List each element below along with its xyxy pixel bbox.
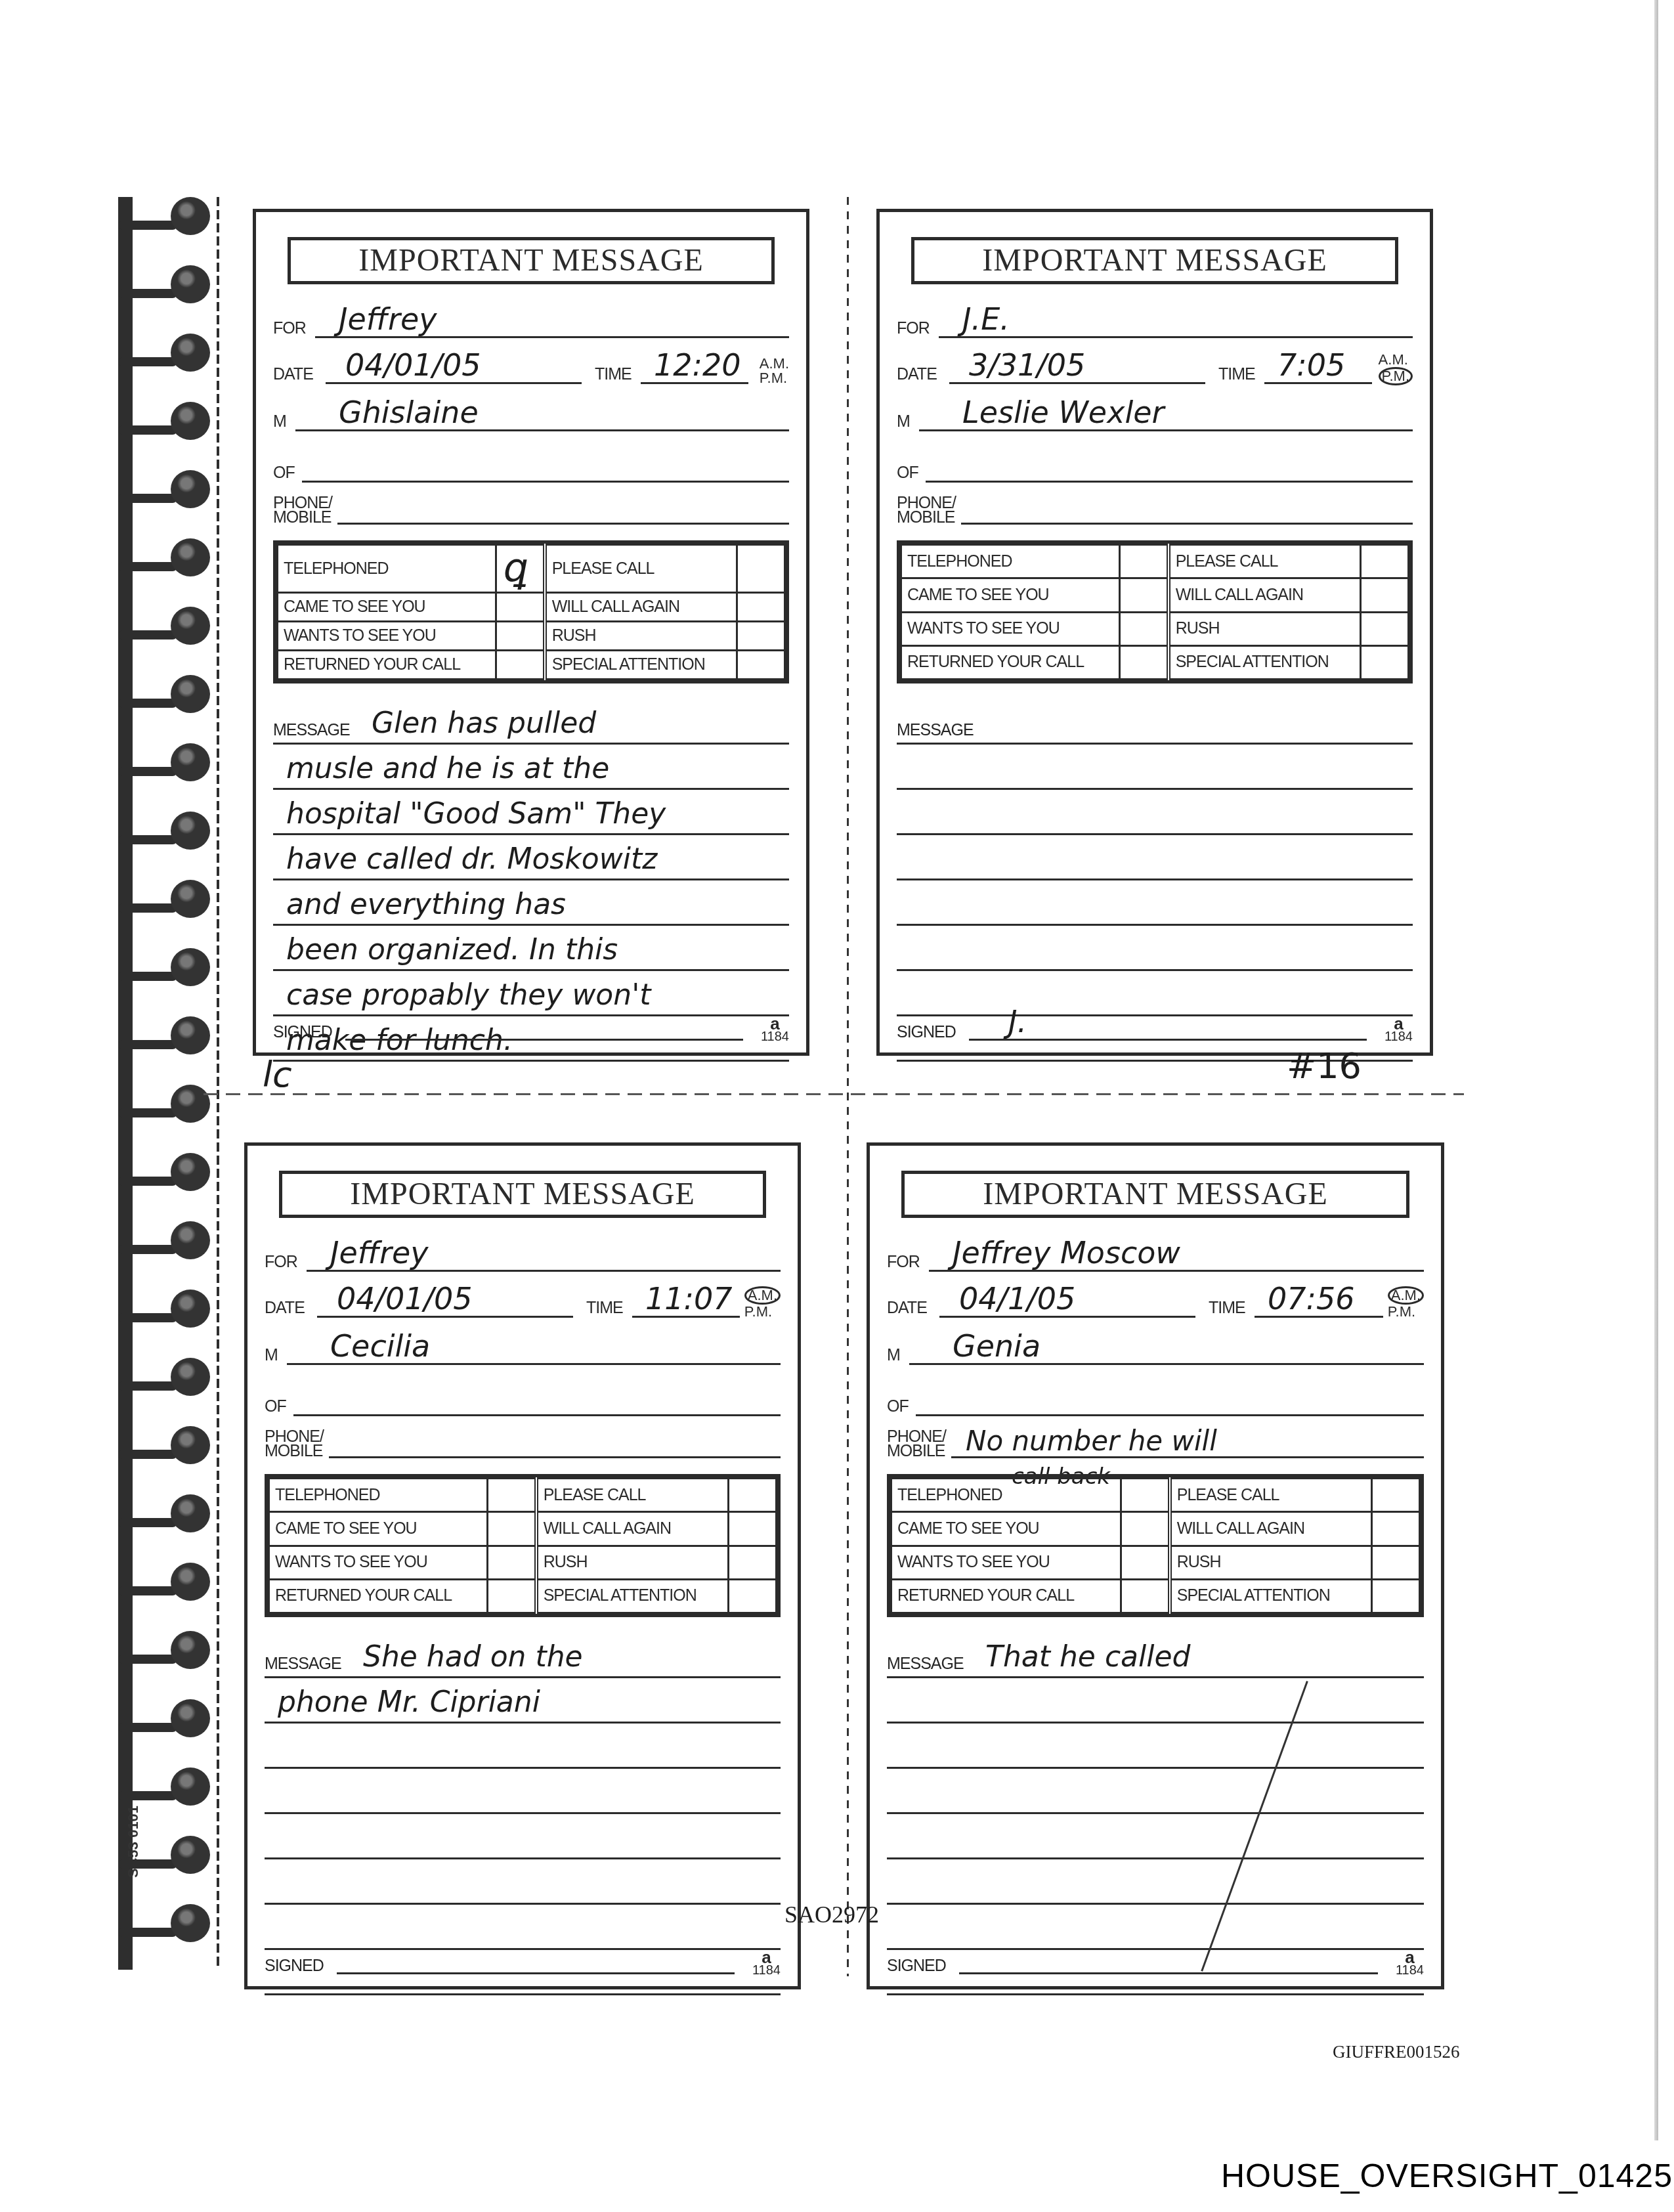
- message-line: [897, 745, 1413, 790]
- form-number: 1184: [1396, 1963, 1424, 1978]
- message-line: [887, 1769, 1424, 1814]
- spiral-coil: [118, 812, 210, 851]
- phone-field: PHONE/MOBILENo number he willcall back: [887, 1415, 1424, 1461]
- message-line: MESSAGE: [897, 699, 1413, 745]
- date-value[interactable]: 04/01/05: [337, 1281, 473, 1316]
- spiral-coil: [118, 880, 210, 919]
- spiral-binding: SC53 0101: [105, 197, 230, 1970]
- checklist-label: WANTS TO SEE YOU: [891, 1546, 1121, 1579]
- checklist-box[interactable]: [496, 593, 545, 622]
- message-line: musle and he is at the: [273, 745, 789, 790]
- form-title: IMPORTANT MESSAGE: [288, 237, 775, 284]
- from-label: M: [265, 1346, 278, 1365]
- spiral-coil: [118, 1836, 210, 1875]
- message-line: and everything has: [273, 880, 789, 926]
- time-value[interactable]: 11:07: [645, 1281, 733, 1316]
- of-field: OF: [273, 448, 789, 485]
- spiral-coil: [118, 1016, 210, 1056]
- for-label: FOR: [265, 1253, 297, 1272]
- checklist-label: WANTS TO SEE YOU: [901, 612, 1120, 645]
- phone-label-line2: MOBILE: [273, 510, 332, 525]
- checklist-label: WILL CALL AGAIN: [1169, 578, 1361, 612]
- of-field: OF: [887, 1382, 1424, 1419]
- phone-field: PHONE/MOBILE: [265, 1415, 781, 1461]
- publisher-logo-icon: a: [1396, 1951, 1424, 1964]
- signed-line: [345, 1039, 743, 1041]
- checklist-label: RETURNED YOUR CALL: [891, 1579, 1121, 1613]
- spiral-coil: [118, 1494, 210, 1534]
- message-line: MESSAGEShe had on the: [265, 1633, 781, 1678]
- checkmark-icon: ꝗ: [504, 546, 528, 592]
- for-label: FOR: [887, 1253, 920, 1272]
- date-label: DATE: [265, 1299, 305, 1318]
- message-line: [887, 1724, 1424, 1769]
- time-label: TIME: [1209, 1299, 1245, 1318]
- spiral-coil: [118, 334, 210, 373]
- checklist-label: SPECIAL ATTENTION: [536, 1579, 729, 1613]
- checklist-label: RUSH: [1170, 1546, 1372, 1579]
- message-text[interactable]: hospital "Good Sam" They: [286, 797, 666, 831]
- for-field: FORJeffrey: [265, 1238, 781, 1274]
- checklist-label: RETURNED YOUR CALL: [278, 651, 496, 680]
- message-line: been organized. In this: [273, 926, 789, 971]
- phone-field: PHONE/MOBILE: [897, 481, 1413, 527]
- from-value[interactable]: Cecilia: [330, 1328, 430, 1364]
- checklist-box[interactable]: [1372, 1546, 1420, 1579]
- spiral-coil: [118, 675, 210, 714]
- spine-perforation: [217, 197, 219, 1970]
- am-option[interactable]: A.M.: [1379, 353, 1413, 367]
- checklist-box[interactable]: [1119, 645, 1169, 679]
- pm-option[interactable]: P.M.: [744, 1305, 781, 1319]
- from-label: M: [887, 1346, 900, 1365]
- form-number: 1184: [1384, 1030, 1413, 1044]
- phone-label: PHONE/MOBILE: [887, 1429, 946, 1458]
- form-title: IMPORTANT MESSAGE: [911, 237, 1398, 284]
- signed-line: [337, 1972, 735, 1974]
- message-text[interactable]: musle and he is at the: [286, 752, 609, 785]
- house-oversight-bates-stamp: HOUSE_OVERSIGHT_014252: [1221, 2157, 1674, 2195]
- checklist-label: RUSH: [545, 622, 737, 651]
- time-value[interactable]: 7:05: [1277, 347, 1345, 383]
- spiral-coil: [118, 1221, 210, 1261]
- page-number-annotation: #16: [1287, 1045, 1362, 1087]
- message-label: MESSAGE: [273, 721, 354, 740]
- of-label: OF: [273, 464, 295, 483]
- date-label: DATE: [887, 1299, 927, 1318]
- cut-line-vertical: [847, 197, 849, 1976]
- checklist-label: RETURNED YOUR CALL: [901, 645, 1120, 679]
- form-title: IMPORTANT MESSAGE: [279, 1171, 766, 1218]
- checklist-box[interactable]: [737, 651, 785, 680]
- am-option[interactable]: A.M.: [760, 357, 789, 371]
- checklist-grid: TELEPHONEDPLEASE CALLCAME TO SEE YOUWILL…: [897, 540, 1413, 683]
- spiral-coil: [118, 1085, 210, 1124]
- checklist-box[interactable]: [737, 593, 785, 622]
- spiral-coil: [118, 470, 210, 510]
- checklist-box[interactable]: [487, 1479, 536, 1512]
- message-line: phone Mr. Cipriani: [265, 1678, 781, 1724]
- for-label: FOR: [897, 319, 930, 338]
- spiral-coil: [118, 402, 210, 441]
- page-edge: [1654, 0, 1658, 2140]
- date-time-field: DATE3/31/05TIME7:05A.M.P.M.: [897, 350, 1413, 387]
- for-field: FORJeffrey Moscow: [887, 1238, 1424, 1274]
- checklist-label: WILL CALL AGAIN: [536, 1512, 729, 1546]
- cut-line-horizontal: [204, 1093, 1464, 1095]
- for-value[interactable]: Jeffrey: [330, 1235, 429, 1270]
- for-field: FORJeffrey: [273, 304, 789, 341]
- of-field: OF: [897, 448, 1413, 485]
- for-field: FORJ.E.: [897, 304, 1413, 341]
- signed-field: SIGNEDa1184: [887, 1938, 1424, 1977]
- signed-line: [969, 1039, 1367, 1041]
- from-value[interactable]: Ghislaine: [339, 395, 479, 430]
- message-line: [887, 1814, 1424, 1859]
- signed-field: SIGNEDa1184: [273, 1004, 789, 1043]
- pm-option[interactable]: P.M.: [1379, 367, 1413, 385]
- checklist-label: RETURNED YOUR CALL: [269, 1579, 488, 1613]
- time-value[interactable]: 07:56: [1268, 1281, 1355, 1316]
- date-value[interactable]: 04/1/05: [959, 1281, 1075, 1316]
- checklist-box[interactable]: [496, 622, 545, 651]
- from-label: M: [273, 412, 286, 431]
- time-label: TIME: [595, 365, 632, 384]
- from-label: M: [897, 412, 910, 431]
- publisher-logo-icon: a: [761, 1017, 789, 1030]
- message-text[interactable]: phone Mr. Cipriani: [278, 1685, 540, 1719]
- message-line: [887, 1678, 1424, 1724]
- checklist-box[interactable]: [737, 622, 785, 651]
- date-value[interactable]: 3/31/05: [969, 347, 1085, 383]
- checklist-box[interactable]: [729, 1512, 777, 1546]
- checklist-label: CAME TO SEE YOU: [278, 593, 496, 622]
- phone-label: PHONE/MOBILE: [265, 1429, 324, 1458]
- checklist-label: WANTS TO SEE YOU: [278, 622, 496, 651]
- checklist-box[interactable]: [1361, 578, 1409, 612]
- checklist-box[interactable]: [1119, 612, 1169, 645]
- phone-label-line2: MOBILE: [897, 510, 956, 525]
- message-line: [265, 1724, 781, 1769]
- message-card-1: IMPORTANT MESSAGEFORJeffreyDATE04/01/05T…: [253, 209, 809, 1056]
- checklist-grid: TELEPHONEDꝗPLEASE CALLCAME TO SEE YOUWIL…: [273, 540, 789, 683]
- checklist-label: PLEASE CALL: [545, 545, 737, 593]
- checklist-box[interactable]: [1121, 1479, 1170, 1512]
- message-text[interactable]: That he called: [985, 1640, 1191, 1674]
- checklist-label: PLEASE CALL: [1169, 545, 1361, 578]
- from-field: MCecilia: [265, 1331, 781, 1368]
- spiral-coil: [118, 1153, 210, 1192]
- am-pm-selector: A.M.P.M.: [744, 1286, 781, 1319]
- date-time-field: DATE04/01/05TIME12:20A.M.P.M.: [273, 350, 789, 387]
- spiral-coil: [118, 1904, 210, 1943]
- message-label: MESSAGE: [897, 721, 977, 740]
- phone-label: PHONE/MOBILE: [273, 496, 332, 525]
- message-line: [897, 926, 1413, 971]
- checklist-grid: TELEPHONEDPLEASE CALLCAME TO SEE YOUWILL…: [265, 1474, 781, 1617]
- phone-label: PHONE/MOBILE: [897, 496, 956, 525]
- checklist-label: TELEPHONED: [269, 1479, 488, 1512]
- message-line: MESSAGEGlen has pulled: [273, 699, 789, 745]
- checklist-box[interactable]: [729, 1479, 777, 1512]
- signed-line: [959, 1972, 1378, 1974]
- checklist-label: PLEASE CALL: [1170, 1479, 1372, 1512]
- am-pm-selector: A.M.P.M.: [1388, 1286, 1424, 1319]
- spiral-coil: [118, 1290, 210, 1329]
- date-time-field: DATE04/1/05TIME07:56A.M.P.M.: [887, 1284, 1424, 1320]
- checklist-box[interactable]: [1372, 1479, 1420, 1512]
- date-label: DATE: [897, 365, 937, 384]
- message-label: MESSAGE: [887, 1655, 968, 1674]
- checklist-label: SPECIAL ATTENTION: [545, 651, 737, 680]
- checklist-label: SPECIAL ATTENTION: [1169, 645, 1361, 679]
- publisher-logo-icon: a: [752, 1951, 781, 1964]
- checklist-grid: TELEPHONEDPLEASE CALLCAME TO SEE YOUWILL…: [887, 1474, 1424, 1617]
- phone-label-line2: MOBILE: [265, 1444, 324, 1458]
- date-label: DATE: [273, 365, 313, 384]
- form-number: 1184: [761, 1030, 789, 1044]
- from-value[interactable]: Leslie Wexler: [962, 395, 1164, 430]
- message-text[interactable]: and everything has: [286, 888, 566, 921]
- checklist-box[interactable]: [1121, 1512, 1170, 1546]
- checklist-label: WILL CALL AGAIN: [1170, 1512, 1372, 1546]
- spiral-coil: [118, 1631, 210, 1670]
- message-line: [265, 1814, 781, 1859]
- publisher-logo-icon: a: [1384, 1017, 1413, 1030]
- message-line: have called dr. Moskowitz: [273, 835, 789, 880]
- for-value[interactable]: Jeffrey: [339, 301, 437, 337]
- message-text[interactable]: She had on the: [363, 1640, 583, 1674]
- checklist-box[interactable]: [737, 545, 785, 593]
- of-label: OF: [265, 1397, 286, 1416]
- date-time-field: DATE04/01/05TIME11:07A.M.P.M.: [265, 1284, 781, 1320]
- phone-field: PHONE/MOBILE: [273, 481, 789, 527]
- checklist-box[interactable]: [1361, 545, 1409, 578]
- checklist-box[interactable]: [1119, 545, 1169, 578]
- checklist-label: TELEPHONED: [901, 545, 1120, 578]
- checklist-label: RUSH: [1169, 612, 1361, 645]
- am-pm-selector: A.M.P.M.: [1379, 353, 1413, 385]
- from-field: MGhislaine: [273, 397, 789, 434]
- checklist-label: PLEASE CALL: [536, 1479, 729, 1512]
- am-option[interactable]: A.M.: [1388, 1286, 1424, 1305]
- from-value[interactable]: Genia: [953, 1328, 1041, 1364]
- form-code: a1184: [752, 1951, 781, 1977]
- checklist-label: TELEPHONED: [891, 1479, 1121, 1512]
- checklist-label: WANTS TO SEE YOU: [269, 1546, 488, 1579]
- checklist-box[interactable]: [1361, 645, 1409, 679]
- checklist-box[interactable]: [1121, 1579, 1170, 1613]
- sao-bates-stamp: SAO2972: [784, 1901, 879, 1928]
- spiral-coil: [118, 607, 210, 646]
- of-field: OF: [265, 1382, 781, 1419]
- signed-field: SIGNEDJ.a1184: [897, 1004, 1413, 1043]
- giuffre-bates-stamp: GIUFFRE001526: [1333, 2042, 1460, 2062]
- pm-option[interactable]: P.M.: [760, 371, 789, 385]
- of-label: OF: [887, 1397, 909, 1416]
- for-label: FOR: [273, 319, 306, 338]
- spiral-coil: [118, 1699, 210, 1739]
- message-line: [897, 790, 1413, 835]
- message-line: hospital "Good Sam" They: [273, 790, 789, 835]
- checklist-label: CAME TO SEE YOU: [891, 1512, 1121, 1546]
- message-text[interactable]: have called dr. Moskowitz: [286, 842, 657, 876]
- form-number: 1184: [752, 1963, 781, 1978]
- spiral-coil: [118, 197, 210, 236]
- message-line: MESSAGEThat he called: [887, 1633, 1424, 1678]
- form-code: a1184: [761, 1017, 789, 1043]
- checklist-box[interactable]: [729, 1579, 777, 1613]
- am-option[interactable]: A.M.: [744, 1286, 781, 1305]
- form-title: IMPORTANT MESSAGE: [901, 1171, 1409, 1218]
- checklist-label: WILL CALL AGAIN: [545, 593, 737, 622]
- checklist-label: CAME TO SEE YOU: [901, 578, 1120, 612]
- from-field: MLeslie Wexler: [897, 397, 1413, 434]
- signed-value[interactable]: J.: [1008, 1004, 1027, 1039]
- checklist-box[interactable]: [1361, 612, 1409, 645]
- for-line: [939, 336, 1413, 338]
- spiral-coil: [118, 743, 210, 783]
- spiral-coil: [118, 1767, 210, 1807]
- time-label: TIME: [586, 1299, 623, 1318]
- checklist-box[interactable]: ꝗ: [496, 545, 545, 593]
- checklist-box[interactable]: [1121, 1546, 1170, 1579]
- checklist-box[interactable]: [487, 1512, 536, 1546]
- message-text[interactable]: been organized. In this: [286, 933, 618, 966]
- checklist-box[interactable]: [496, 651, 545, 680]
- message-card-3: IMPORTANT MESSAGEFORJeffreyDATE04/01/05T…: [244, 1142, 801, 1989]
- of-label: OF: [897, 464, 918, 483]
- pm-option[interactable]: P.M.: [1388, 1305, 1424, 1319]
- date-value[interactable]: 04/01/05: [345, 347, 481, 383]
- signed-field: SIGNEDa1184: [265, 1938, 781, 1977]
- checklist-label: RUSH: [536, 1546, 729, 1579]
- form-code: a1184: [1384, 1017, 1413, 1043]
- message-line: [897, 880, 1413, 926]
- signed-label: SIGNED: [265, 1957, 324, 1976]
- checklist-box[interactable]: [487, 1579, 536, 1613]
- checklist-label: SPECIAL ATTENTION: [1170, 1579, 1372, 1613]
- checklist-box[interactable]: [1119, 578, 1169, 612]
- message-text[interactable]: Glen has pulled: [372, 706, 596, 740]
- signed-label: SIGNED: [273, 1023, 332, 1042]
- checklist-label: CAME TO SEE YOU: [269, 1512, 488, 1546]
- phone-line: [961, 523, 1413, 525]
- message-label: MESSAGE: [265, 1655, 345, 1674]
- form-code: a1184: [1396, 1951, 1424, 1977]
- am-pm-selector: A.M.P.M.: [760, 357, 789, 385]
- margin-mark: lc: [263, 1054, 292, 1095]
- time-value[interactable]: 12:20: [654, 347, 741, 383]
- message-line: [265, 1769, 781, 1814]
- spiral-coil: [118, 538, 210, 578]
- from-field: MGenia: [887, 1331, 1424, 1368]
- checklist-label: TELEPHONED: [278, 545, 496, 593]
- time-label: TIME: [1218, 365, 1255, 384]
- message-card-2: IMPORTANT MESSAGEFORJ.E.DATE3/31/05TIME7…: [876, 209, 1433, 1056]
- phone-line: [337, 523, 789, 525]
- checklist-box[interactable]: [487, 1546, 536, 1579]
- for-value[interactable]: Jeffrey Moscow: [953, 1235, 1180, 1270]
- phone-line: [329, 1456, 781, 1458]
- spiral-coil: [118, 1426, 210, 1465]
- message-line: [265, 1859, 781, 1905]
- spiral-coil: [118, 948, 210, 987]
- signed-label: SIGNED: [887, 1957, 946, 1976]
- checklist-box[interactable]: [729, 1546, 777, 1579]
- message-line: [897, 835, 1413, 880]
- checklist-box[interactable]: [1372, 1512, 1420, 1546]
- signed-label: SIGNED: [897, 1023, 956, 1042]
- spiral-coil: [118, 265, 210, 305]
- spiral-coil: [118, 1358, 210, 1397]
- phone-label-line2: MOBILE: [887, 1444, 946, 1458]
- checklist-box[interactable]: [1372, 1579, 1420, 1613]
- spiral-coil: [118, 1563, 210, 1602]
- phone-value[interactable]: No number he will: [966, 1425, 1217, 1457]
- message-line: [887, 1859, 1424, 1905]
- for-value[interactable]: J.E.: [962, 301, 1010, 337]
- message-card-4: IMPORTANT MESSAGEFORJeffrey MoscowDATE04…: [867, 1142, 1444, 1989]
